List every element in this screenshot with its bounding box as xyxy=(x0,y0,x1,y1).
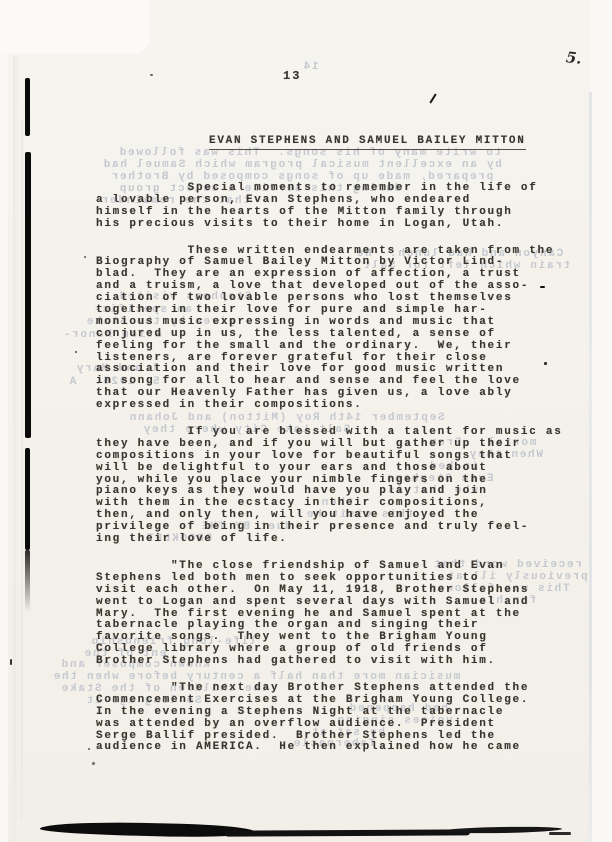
binding-mark xyxy=(25,550,30,612)
text-line: conjured up in us, the less talented, a … xyxy=(96,329,570,341)
binding-mark xyxy=(25,448,30,550)
text-line: feeling for the small and the ordinary. … xyxy=(96,341,570,353)
text-line: Stephens led both men to seek opportunit… xyxy=(96,573,570,585)
scanned-document-page: 14to write many of his songs. This was f… xyxy=(0,0,612,842)
document-body: Special moments to remember in the life … xyxy=(96,183,570,769)
ink-speck xyxy=(75,351,77,353)
paragraph: These written endearments are taken from… xyxy=(96,246,570,412)
text-line: his precious visits to their home in Log… xyxy=(96,219,570,231)
text-line: expressed in their compositions. xyxy=(96,400,570,412)
ghost-text-fragment: 14 xyxy=(302,62,319,74)
handwritten-page-number: 5. xyxy=(565,48,582,68)
paragraph: Special moments to remember in the life … xyxy=(96,183,570,231)
ink-speck xyxy=(88,748,90,750)
text-line: audience in AMERICA. He then explained h… xyxy=(96,742,570,754)
text-line: will be delightful to your ears and thos… xyxy=(96,463,570,475)
text-line: ing their love of life. xyxy=(96,534,570,546)
ink-speck xyxy=(150,74,153,76)
paragraph: "The close friendship of Samuel and Evan… xyxy=(96,561,570,668)
page-number: 13 xyxy=(283,71,301,83)
text-line: Commencement Exercises at the Brigham Yo… xyxy=(96,695,570,707)
binding-mark xyxy=(25,78,30,136)
text-line: compositions in your love for beautiful … xyxy=(96,451,570,463)
paragraph: "The next day Brother Stephens attended … xyxy=(96,683,570,754)
text-line: went to Logan and spent several days wit… xyxy=(96,597,570,609)
text-line: Brother Stephens had gathered to visit w… xyxy=(96,656,570,668)
text-line: visit each other. On May 11, 1918, Broth… xyxy=(96,585,570,597)
binding-mark xyxy=(25,152,31,438)
text-line: monious music expressing in words and mu… xyxy=(96,317,570,329)
bottom-scan-smudge xyxy=(225,829,470,836)
bottom-scan-smudge xyxy=(549,832,571,835)
document-title: EVAN STEPHENS AND SAMUEL BAILEY MITTON xyxy=(209,136,526,150)
ink-speck xyxy=(10,659,12,665)
text-line: In the evening a Stephens Night at the t… xyxy=(96,707,570,719)
text-line: himself in the hearts of the Mitton fami… xyxy=(96,207,570,219)
paragraph: If you are blessed with a talent for mus… xyxy=(96,427,570,546)
ink-speck xyxy=(84,256,86,258)
text-line: a lovable person, Evan Stephens, who end… xyxy=(96,195,570,207)
text-line: was attended by an overflow audience. Pr… xyxy=(96,719,570,731)
